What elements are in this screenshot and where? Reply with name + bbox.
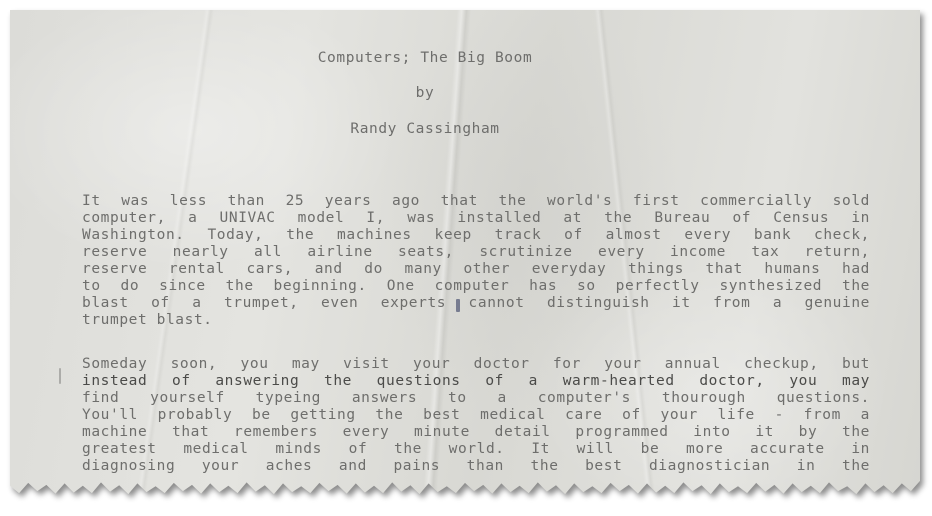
text-line: find yourself typeing answers to a compu… <box>82 390 870 407</box>
text-line: to do since the beginning. One computer … <box>82 278 870 295</box>
paragraph-1: It was less than 25 years ago that the w… <box>82 193 870 329</box>
document-sheet-wrapper: Computers; The Big Boom by Randy Cassing… <box>0 0 932 516</box>
paragraph-2: Someday soon, you may visit your doctor … <box>82 356 870 475</box>
text-line: Someday soon, you may visit your doctor … <box>82 356 870 373</box>
text-line: computer, a UNIVAC model I, was installe… <box>82 210 870 227</box>
text-line: It was less than 25 years ago that the w… <box>82 193 870 210</box>
document-title: Computers; The Big Boom <box>10 49 840 67</box>
document-byline: by <box>10 84 840 102</box>
text-line: Washington. Today, the machines keep tra… <box>82 227 870 244</box>
text-line: blast of a trumpet, even experts cannot … <box>82 295 870 312</box>
margin-mark <box>59 368 61 384</box>
text-line: trumpet blast. <box>82 312 870 329</box>
text-line: instead of answering the questions of a … <box>82 373 870 390</box>
typewritten-page: Computers; The Big Boom by Randy Cassing… <box>10 10 920 498</box>
text-line: reserve nearly all airline seats, scruti… <box>82 244 870 261</box>
text-line: machine that remembers every minute deta… <box>82 424 870 441</box>
text-line: reserve rental cars, and do many other e… <box>82 261 870 278</box>
text-line: greatest medical minds of the world. It … <box>82 441 870 458</box>
text-line: You'll probably be getting the best medi… <box>82 407 870 424</box>
ink-mark <box>456 299 460 312</box>
document-author: Randy Cassingham <box>10 120 840 138</box>
text-line: diagnosing your aches and pains than the… <box>82 458 870 475</box>
